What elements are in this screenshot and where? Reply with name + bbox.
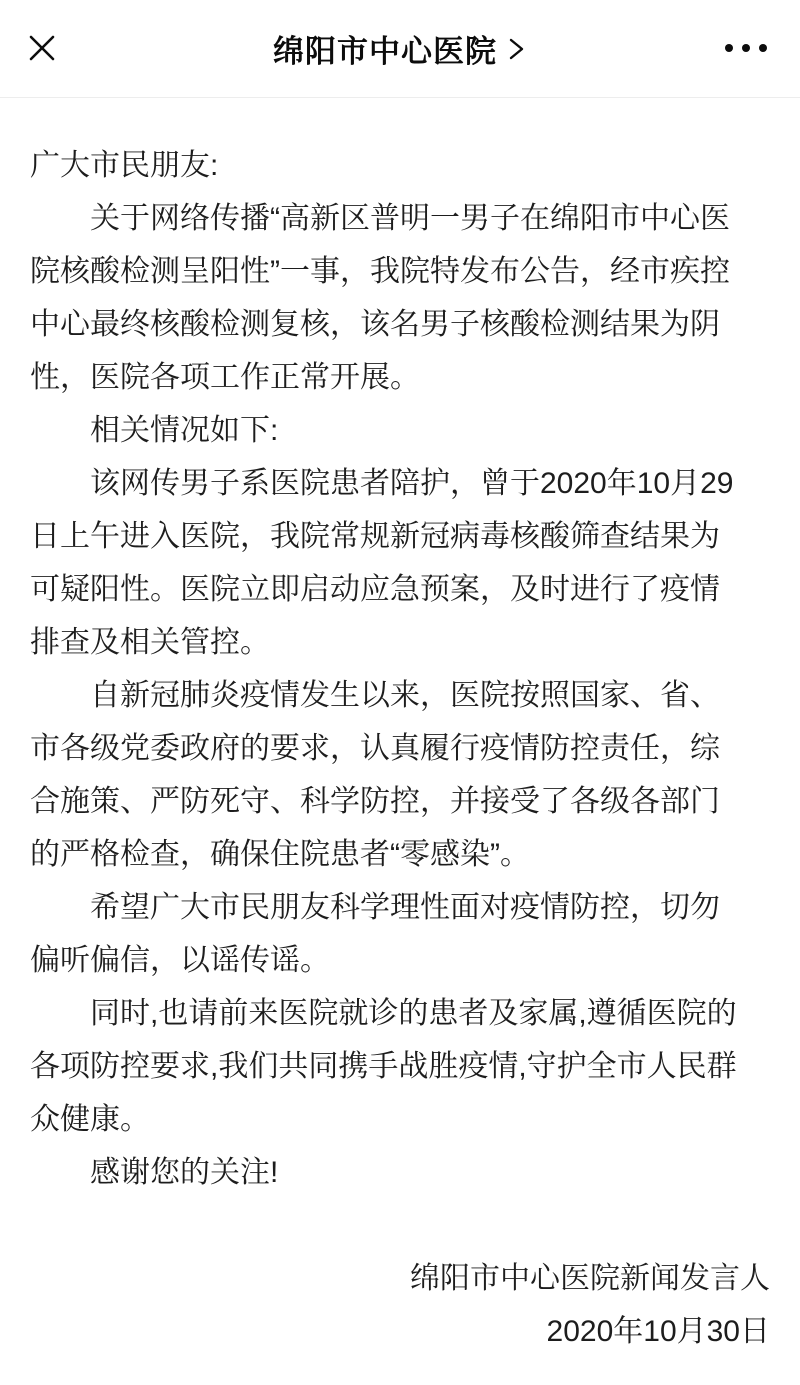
paragraph-line: 中心最终核酸检测复核，该名男子核酸检测结果为阴	[30, 298, 770, 351]
paragraph-line: 众健康。	[30, 1093, 770, 1146]
paragraph-line: 的严格检查，确保住院患者“零感染”。	[30, 828, 770, 881]
paragraph-line: 排查及相关管控。	[30, 616, 770, 669]
close-button[interactable]	[18, 24, 66, 72]
more-menu-button[interactable]	[718, 28, 774, 68]
paragraph-line: 该网传男子系医院患者陪护，曾于2020年10月29	[30, 457, 770, 510]
paragraph-line: 感谢您的关注!	[30, 1146, 770, 1199]
paragraph-thanks: 感谢您的关注!	[30, 1146, 770, 1199]
chevron-right-icon	[505, 34, 527, 64]
date: 2020年10月30日	[30, 1305, 770, 1358]
account-name: 绵阳市中心医院	[273, 26, 497, 71]
paragraph-line: 关于网络传播“高新区普明一男子在绵阳市中心医	[30, 192, 770, 245]
article-header: 绵阳市中心医院	[0, 0, 800, 98]
paragraph-details-intro: 相关情况如下:	[30, 404, 770, 457]
paragraph-line: 自新冠肺炎疫情发生以来，医院按照国家、省、	[30, 669, 770, 722]
paragraph-case-details: 该网传男子系医院患者陪护，曾于2020年10月29日上午进入医院，我院常规新冠病…	[30, 457, 770, 669]
paragraph-line: 希望广大市民朋友科学理性面对疫情防控，切勿	[30, 881, 770, 934]
close-x-icon	[27, 33, 57, 63]
paragraph-line: 各项防控要求,我们共同携手战胜疫情,守护全市人民群	[30, 1040, 770, 1093]
paragraph-line: 日上午进入医院，我院常规新冠病毒核酸筛查结果为	[30, 510, 770, 563]
signature-block: 绵阳市中心医院新闻发言人 2020年10月30日	[30, 1252, 770, 1358]
signature: 绵阳市中心医院新闻发言人	[30, 1252, 770, 1305]
salutation: 广大市民朋友:	[30, 139, 770, 192]
paragraph-line: 合施策、严防死守、科学防控，并接受了各级各部门	[30, 775, 770, 828]
account-title-link[interactable]: 绵阳市中心医院	[273, 0, 527, 97]
paragraph-prevention-work: 自新冠肺炎疫情发生以来，医院按照国家、省、市各级党委政府的要求，认真履行疫情防控…	[30, 669, 770, 881]
paragraph-line: 性，医院各项工作正常开展。	[30, 351, 770, 404]
paragraph-appeal-rational: 希望广大市民朋友科学理性面对疫情防控，切勿偏听偏信，以谣传谣。	[30, 881, 770, 987]
paragraph-line: 偏听偏信，以谣传谣。	[30, 934, 770, 987]
paragraph-line: 市各级党委政府的要求，认真履行疫情防控责任，综	[30, 722, 770, 775]
paragraph-line: 相关情况如下:	[30, 404, 770, 457]
paragraph-appeal-patients: 同时,也请前来医院就诊的患者及家属,遵循医院的各项防控要求,我们共同携手战胜疫情…	[30, 987, 770, 1146]
ellipsis-icon	[725, 44, 767, 52]
paragraph-line: 院核酸检测呈阳性”一事，我院特发布公告，经市疾控	[30, 245, 770, 298]
paragraph-line: 同时,也请前来医院就诊的患者及家属,遵循医院的	[30, 987, 770, 1040]
paragraph-line: 可疑阳性。医院立即启动应急预案，及时进行了疫情	[30, 563, 770, 616]
paragraph-announcement: 关于网络传播“高新区普明一男子在绵阳市中心医院核酸检测呈阳性”一事，我院特发布公…	[30, 192, 770, 404]
article-body: 广大市民朋友: 关于网络传播“高新区普明一男子在绵阳市中心医院核酸检测呈阳性”一…	[0, 98, 800, 1358]
